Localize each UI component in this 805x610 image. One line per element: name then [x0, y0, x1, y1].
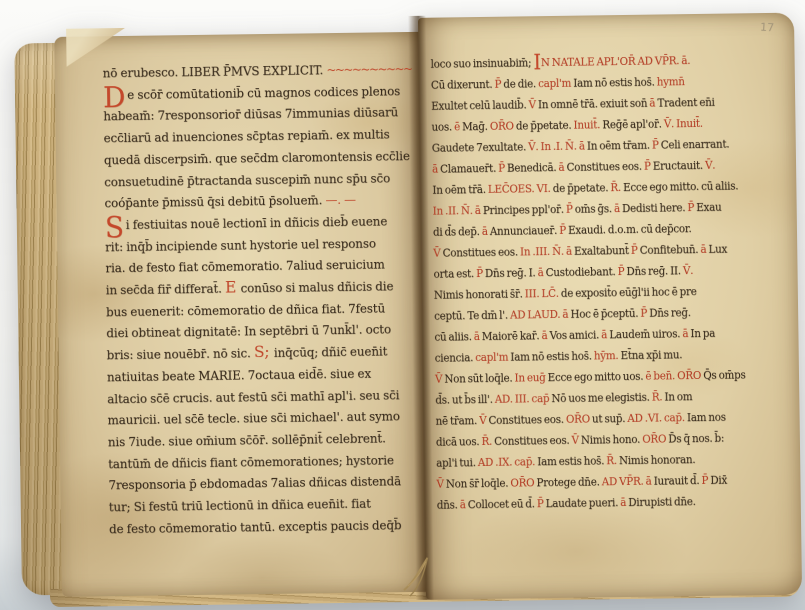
ink-text: inq̄cūq; dñic̄ euen̄it: [274, 343, 388, 360]
left-page: nō erubesco. LIBER P̄MVS EXPLICIT. ~~~~~…: [54, 32, 426, 597]
ink-text: Benedicā.: [507, 161, 559, 175]
ink-text: orta est.: [433, 267, 476, 281]
ink-text: di d̄s dep̄.: [433, 225, 482, 239]
rubric-text: ē ben̄. OR̄O: [645, 369, 703, 383]
rubric-text: LEC̄OES. VI.: [488, 182, 553, 196]
rubric-text: AD LAUD. ā: [510, 308, 571, 322]
rubric-text: OR̄O: [566, 412, 592, 425]
ink-text: de exposit̄o eūḡl'ii hoc ē pre: [561, 285, 697, 300]
ink-text: Confitebun̄.: [640, 243, 701, 257]
rubric-text: AD .IX. cap̄.: [478, 455, 538, 469]
ink-text: Et̄na xp̄i mu.: [620, 348, 682, 362]
ink-text: Iurauit d̄.: [654, 474, 702, 488]
ink-text: Ecce ego mitto uos.: [548, 370, 646, 384]
rubric-text: N NATALE APL'OR̄ AD VP̄R. ā.: [541, 54, 691, 69]
ink-text: Constitues eos.: [488, 413, 566, 427]
rubric-text: capl'm: [538, 77, 573, 90]
ink-text: Gaudete 7exultate.: [432, 140, 529, 154]
ink-text: Maḡ.: [462, 120, 490, 133]
ink-text: Dix̄: [710, 474, 727, 487]
rubric-text: P̄: [494, 78, 503, 91]
ink-text: ut sup̄.: [592, 412, 628, 425]
rubric-text: R̄.: [606, 454, 619, 467]
rubric-text: P̄: [618, 265, 627, 278]
rubric-text: ā: [601, 328, 609, 341]
ink-text: Iam estis hos̄.: [537, 454, 606, 468]
rubric-text: hymn̄: [657, 75, 685, 88]
ink-text: Nō uos me elegistis.: [551, 391, 652, 405]
rubric-text: —. —: [325, 192, 356, 207]
rubric-text: ā: [482, 225, 490, 238]
ink-text: in sec̄da fir̄ differat̄.: [106, 281, 226, 298]
ink-text: quedā discerpsim̄. que sec̄dm claromonte…: [104, 148, 410, 167]
ink-text: Nimis honoran.: [619, 453, 696, 467]
ink-text: Dn̄s reḡ. I.: [485, 266, 538, 280]
rubric-text: P̄: [559, 224, 568, 237]
ink-text: natiuitas beate MARIE. 7octaua eid̄ē. si…: [107, 365, 371, 384]
ink-text: Non s̄r̄ loq̄le.: [446, 477, 511, 491]
rubric-text: V̄.: [705, 159, 715, 172]
ink-text: nē tr̄am.: [436, 414, 480, 428]
rubric-text: V̄: [433, 247, 443, 260]
ink-text: Constitues eos.: [494, 434, 572, 448]
rubric-text: R̄.: [481, 435, 494, 448]
ink-text: Constitues eos.: [566, 160, 644, 174]
ink-text: mauricii. uel sc̄ē tecle. siue sc̄i mich…: [107, 408, 400, 427]
rubric-text: R̄.: [610, 181, 623, 194]
ink-text: Exultet celū laudib̄.: [431, 98, 529, 112]
ink-text: Custodiebant.: [546, 265, 618, 279]
ink-text: Tradent en̄i: [657, 96, 714, 110]
ink-text: D̄s q̄ nos. b̄:: [668, 432, 724, 446]
rubric-text: P̄: [687, 201, 696, 214]
ink-text: de p̄petate.: [553, 181, 611, 195]
ink-text: Exau: [696, 201, 721, 214]
ink-text: cū aliis.: [434, 330, 474, 344]
ink-text: Reḡē apl'or̄.: [602, 117, 664, 131]
rubric-text: V̄: [435, 373, 445, 386]
rubric-text: AD VP̄R. ā: [602, 475, 654, 489]
ink-text: Eructauit.: [653, 159, 705, 173]
ink-text: conūso si malus dñicis die: [240, 278, 393, 295]
ink-text: tur; Si festū triū lectionū in dñica eue…: [109, 496, 371, 515]
rubric-text: P̄: [701, 474, 710, 487]
folio-number: 17: [760, 21, 775, 35]
text-line: dn̄s. ā Collocet eū d̄. P̄ Laudate pueri…: [437, 490, 748, 515]
ink-text: Maiorē kar̄.: [482, 329, 542, 343]
ink-text: Hoc ē p̄ceptū.: [570, 307, 640, 321]
rubric-text: P̄: [644, 160, 653, 173]
rubric-text: ~~~~~~~~~~: [326, 61, 411, 77]
ink-text: d̄s. ut b̄s ill'.: [435, 393, 495, 407]
left-text-block: nō erubesco. LIBER P̄MVS EXPLICIT. ~~~~~…: [103, 58, 419, 540]
rubric-text: P̄: [476, 267, 485, 280]
rubric-text: V̄: [571, 434, 581, 447]
rubric-text: V̄: [479, 414, 489, 427]
manuscript-photo: nō erubesco. LIBER P̄MVS EXPLICIT. ~~~~~…: [0, 0, 805, 610]
rubric-text: S;: [254, 342, 274, 361]
rubric-text: Inuit̄.: [573, 118, 602, 131]
ink-text: habeam̄: 7responsorior̄ diūsas 7immunias…: [103, 105, 398, 124]
ink-text: rit: inq̄b̄ incipiende sunt hystorie uel…: [105, 235, 376, 254]
ink-text: uos.: [431, 120, 454, 133]
ink-text: apl'i tui.: [436, 456, 478, 470]
ink-text: Iam nō estis hos̄.: [510, 349, 594, 363]
rubric-text: ā: [432, 163, 440, 176]
ink-text: Ecce ego mitto. cū aliis.: [623, 179, 738, 194]
ink-text: Laudem̄ uiros.: [609, 327, 682, 341]
rubric-text: ā: [614, 202, 622, 215]
ink-text: In om: [664, 390, 692, 403]
ink-text: de die.: [503, 77, 538, 90]
rubric-text: P̄: [640, 307, 649, 320]
ink-text: ecc̄liarū ad inuenciones sc̄ptas repiam̄…: [104, 126, 390, 145]
ink-text: bus euenerit: cōmemoratio de dñica fiat.…: [106, 300, 385, 319]
ink-text: coóp̄ante p̄missū q̄si debitū p̄soluem̄.: [104, 192, 325, 210]
ink-text: Collocet eū d̄.: [468, 497, 537, 511]
rubric-text: V̄: [529, 98, 539, 111]
ink-text: Laudate pueri.: [546, 496, 621, 510]
rubric-text: OR̄O: [642, 432, 668, 445]
ink-text: Dirupisti dn̄e.: [628, 495, 696, 509]
rubric-text: V̄. Inuit̄.: [664, 117, 703, 131]
rubric-text: R̄.: [652, 390, 665, 403]
rubric-text: capl'm: [475, 351, 510, 364]
ink-text: Nimis hono.: [581, 433, 642, 447]
ink-text: consuetudinē p̄tractanda suscepim̄ nunc …: [104, 170, 390, 189]
ink-text: Dn̄s reḡ. II.: [626, 264, 683, 278]
ink-text: ceptū. Te dm̄ l'.: [434, 309, 510, 323]
rubric-text: In .III. N̄. ā: [520, 245, 574, 259]
ink-text: Exaltabunt̄: [574, 244, 631, 258]
rubric-text: AD .VI. cap̄.: [627, 411, 687, 425]
ink-text: Nimis honorati s̄r̄.: [434, 287, 525, 301]
ink-text: Non sūt loq̄le.: [444, 372, 514, 386]
rubric-text: OR̄O: [510, 476, 536, 489]
ink-text: de festo cōmemoratio tantū. exceptis pau…: [109, 517, 402, 536]
ink-text: Dedisti here.: [622, 201, 688, 215]
ink-text: Annunciauer̄.: [490, 224, 560, 238]
ink-text: Exaudi. d.o.m. cū dep̄cor.: [568, 222, 692, 237]
ink-text: de p̄petate.: [516, 119, 574, 133]
rubric-text: In euḡ: [514, 371, 547, 384]
rubric-text: P̄: [652, 138, 661, 151]
ink-text: i festiuitas nouē lectionī in dñicis die…: [126, 213, 388, 232]
ink-text: e scōr̄ comūtationib̄ cū magnos codices …: [127, 83, 400, 102]
rubric-text: III. LC̄.: [525, 287, 561, 301]
ink-text: nō erubesco. LIBER P̄MVS EXPLICIT.: [103, 62, 327, 80]
rubric-text: OR̄O: [490, 120, 516, 133]
rubricated-initial: I: [533, 50, 541, 75]
rubric-text: ā: [538, 266, 546, 279]
ink-text: Principes ppl'or̄.: [483, 203, 566, 217]
ink-text: Lux: [708, 243, 727, 256]
ink-text: Cū dixerunt.: [431, 78, 495, 92]
ink-text: Constitues eos.: [443, 245, 521, 259]
ink-text: ria. de festo fiat cōmemoratio. 7aliud s…: [105, 257, 384, 276]
ink-text: diei obtineat dignitatē: In septēbri ū 7…: [106, 322, 391, 341]
rubric-text: ā: [649, 97, 657, 110]
rubric-text: V̄. In .I. N̄. ā: [528, 140, 587, 154]
ink-text: nis 7iude. siue om̄ium sc̄ōr̄. sollēp̄ni…: [108, 430, 386, 449]
rubric-text: V̄: [436, 478, 446, 491]
ink-text: ciencia.: [435, 351, 476, 365]
ink-text: altacio sc̄ē crucis. aut festū sc̄i math…: [107, 387, 399, 406]
ink-text: om̄s ḡs.: [575, 202, 614, 216]
ink-text: dn̄s.: [437, 498, 460, 511]
ink-text: Celi enarrant.: [661, 138, 730, 152]
rubric-text: hȳm.: [594, 349, 621, 362]
rubric-text: ā: [460, 498, 468, 511]
rubric-text: In .II. N̄. ā: [433, 204, 483, 218]
rubric-text: E: [225, 277, 241, 296]
rubric-text: AD. III. cap̄: [495, 392, 552, 406]
rubric-text: ā: [474, 330, 482, 343]
rubric-text: V̄.: [683, 264, 693, 277]
ink-text: In omnē tr̄ā. exiuit son̄: [538, 97, 650, 112]
right-text-block: loco suo insinuabim̄; IN NATALE APL'OR̄ …: [430, 49, 747, 515]
ink-text: In pa: [690, 327, 715, 340]
ink-text: In oēm tr̄ā.: [432, 183, 488, 197]
ink-text: tantūm̄ de dñicis fiant cōmemorationes; …: [108, 452, 394, 471]
ink-text: Iam nos: [687, 411, 726, 425]
sewing-thread-icon: [401, 556, 446, 601]
right-page: 17 loco suo insinuabim̄; IN NATALE APL'O…: [418, 13, 802, 600]
ink-text: dicā uos.: [436, 435, 482, 449]
ink-text: Clamauer̄t.: [440, 162, 498, 176]
ink-text: Protege dn̄e.: [536, 475, 601, 489]
open-codex: nō erubesco. LIBER P̄MVS EXPLICIT. ~~~~~…: [12, 3, 805, 610]
ink-text: Dn̄s reḡ.: [649, 306, 691, 320]
ink-text: 7responsoria p̄ ebdomadas 7alias dñicas …: [108, 474, 401, 493]
ink-text: In oēm tr̄am.: [587, 139, 652, 153]
text-line: de festo cōmemoratio tantū. exceptis pau…: [109, 514, 418, 540]
ink-text: Vos amici.: [549, 328, 601, 342]
ink-text: Q̄s om̄ps: [703, 368, 745, 382]
ink-text: Iam nō estis hos̄.: [573, 76, 657, 90]
ink-text: bris: siue nouēbr̄. nō sic.: [107, 345, 255, 362]
ink-text: loco suo insinuabim̄;: [431, 56, 534, 70]
